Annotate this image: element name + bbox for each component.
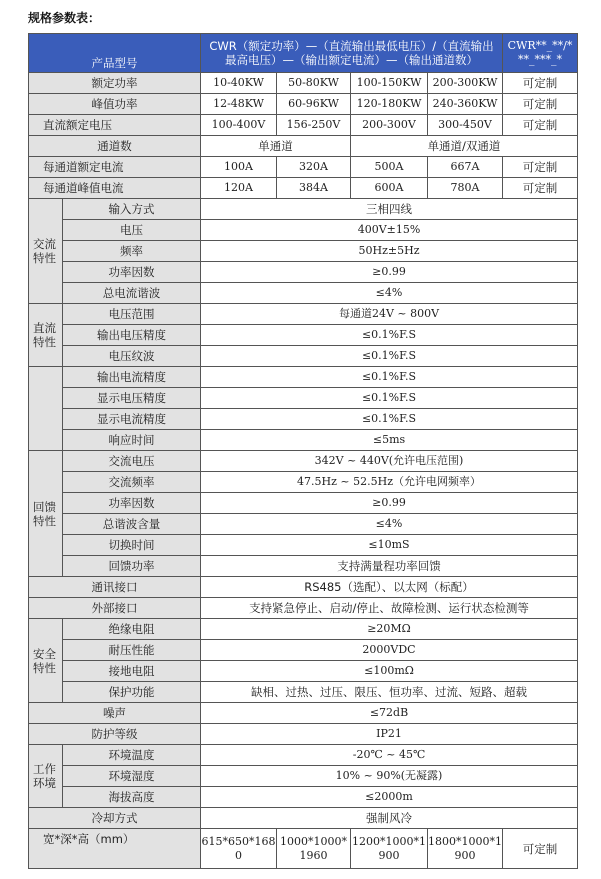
cell: 100A [201,157,277,178]
row-label: 总谐波含量 [63,514,201,535]
cell: 200-300V [351,115,428,136]
row-label: 外部接口 [29,598,201,619]
table-row: 直流额定电压 100-400V 156-250V 200-300V 300-45… [29,115,578,136]
custom-cell: 可定制 [503,178,578,199]
table-row: 外部接口 支持紧急停止、启动/停止、故障检测、运行状态检测等 [29,598,578,619]
header-row: 产品型号 CWR（额定功率）—（直流输出最低电压）/（直流输出最高电压）—（输出… [29,34,578,73]
cell: ≤72dB [201,703,578,724]
row-label: 回馈功率 [63,556,201,577]
table-row: 回馈特性 交流电压 342V ~ 440V(允许电压范围) [29,451,578,472]
table-row: 功率因数≥0.99 [29,262,578,283]
table-row: 回馈功率支持满量程功率回馈 [29,556,578,577]
table-row: 输出电压精度≤0.1%F.S [29,325,578,346]
table-row: 响应时间≤5ms [29,430,578,451]
table-row: 交流特性 输入方式 三相四线 [29,199,578,220]
group-label-safety: 安全特性 [29,619,63,703]
row-label: 每通道峰值电流 [29,178,201,199]
table-row: 防护等级 IP21 [29,724,578,745]
cell: 100-400V [201,115,277,136]
cell: ≤4% [201,283,578,304]
row-label: 环境湿度 [63,766,201,787]
cell: 240-360KW [428,94,503,115]
table-row: 切换时间≤10mS [29,535,578,556]
row-label: 总电流谐波 [63,283,201,304]
cell: ≥20MΩ [201,619,578,640]
cell: ≤4% [201,514,578,535]
row-label: 防护等级 [29,724,201,745]
cell: 支持紧急停止、启动/停止、故障检测、运行状态检测等 [201,598,578,619]
table-row: 总谐波含量≤4% [29,514,578,535]
cell: 50Hz±5Hz [201,241,578,262]
table-row: 显示电压精度≤0.1%F.S [29,388,578,409]
cell: 120-180KW [351,94,428,115]
cell: 10% ~ 90%(无凝露) [201,766,578,787]
row-label: 额定功率 [29,73,201,94]
custom-cell: 可定制 [503,115,578,136]
cell: 320A [277,157,351,178]
row-label: 宽*深*高（mm） [29,829,201,869]
group-label-dc: 直流特性 [29,304,63,367]
cell: 强制风冷 [201,808,578,829]
row-label: 耐压性能 [63,640,201,661]
row-label: 海拔高度 [63,787,201,808]
row-label: 响应时间 [63,430,201,451]
row-label: 绝缘电阻 [63,619,201,640]
cell: ≤2000m [201,787,578,808]
custom-code-header: CWR**_**/***_***_* [503,34,578,73]
cell: 384A [277,178,351,199]
table-row: 输出电流精度 ≤0.1%F.S [29,367,578,388]
table-row: 宽*深*高（mm） 615*650*1680 1000*1000*1960 12… [29,829,578,869]
cell: ≤0.1%F.S [201,367,578,388]
row-label: 频率 [63,241,201,262]
row-label: 输入方式 [63,199,201,220]
row-label: 电压范围 [63,304,201,325]
cell: 每通道24V ~ 800V [201,304,578,325]
cell: 667A [428,157,503,178]
row-label: 冷却方式 [29,808,201,829]
cell: 1800*1000*1900 [428,829,503,869]
table-row: 噪声 ≤72dB [29,703,578,724]
row-label: 交流频率 [63,472,201,493]
row-label: 功率因数 [63,262,201,283]
cell: ≤0.1%F.S [201,325,578,346]
row-label: 通道数 [29,136,201,157]
table-row: 显示电流精度≤0.1%F.S [29,409,578,430]
row-label: 输出电压精度 [63,325,201,346]
row-label: 峰值功率 [29,94,201,115]
table-row: 通道数 单通道 单通道/双通道 [29,136,578,157]
table-row: 环境湿度10% ~ 90%(无凝露) [29,766,578,787]
table-row: 额定功率 10-40KW 50-80KW 100-150KW 200-300KW… [29,73,578,94]
group-label-feedback: 回馈特性 [29,451,63,577]
table-row: 海拔高度≤2000m [29,787,578,808]
page-title: 规格参数表： [28,9,100,26]
cell: 单通道 [201,136,351,157]
cell: 单通道/双通道 [351,136,578,157]
cell: -20℃ ~ 45℃ [201,745,578,766]
cell: 支持满量程功率回馈 [201,556,578,577]
cell: 50-80KW [277,73,351,94]
cell: ≤0.1%F.S [201,388,578,409]
row-label: 交流电压 [63,451,201,472]
row-label: 电压 [63,220,201,241]
cell: 1000*1000*1960 [277,829,351,869]
table-row: 频率50Hz±5Hz [29,241,578,262]
custom-cell: 可定制 [503,73,578,94]
table-row: 接地电阻≤100mΩ [29,661,578,682]
cell: ≤5ms [201,430,578,451]
cell: 300-450V [428,115,503,136]
table-row: 安全特性 绝缘电阻 ≥20MΩ [29,619,578,640]
custom-cell: 可定制 [503,94,578,115]
cell: 400V±15% [201,220,578,241]
cell: 12-48KW [201,94,277,115]
cell: 156-250V [277,115,351,136]
cell: 缺相、过热、过压、限压、恒功率、过流、短路、超载 [201,682,578,703]
cell: 1200*1000*1900 [351,829,428,869]
cell: 780A [428,178,503,199]
row-label: 接地电阻 [63,661,201,682]
table-row: 峰值功率 12-48KW 60-96KW 120-180KW 240-360KW… [29,94,578,115]
cell: 60-96KW [277,94,351,115]
group-label-ac: 交流特性 [29,199,63,304]
table-row: 电压400V±15% [29,220,578,241]
table-row: 直流特性 电压范围 每通道24V ~ 800V [29,304,578,325]
cell: ≤0.1%F.S [201,409,578,430]
row-label: 输出电流精度 [63,367,201,388]
table-row: 通讯接口 RS485（选配）、以太网（标配） [29,577,578,598]
cell: 615*650*1680 [201,829,277,869]
cell: 200-300KW [428,73,503,94]
cell: 500A [351,157,428,178]
table-row: 冷却方式 强制风冷 [29,808,578,829]
cell: ≤0.1%F.S [201,346,578,367]
row-label: 直流额定电压 [29,115,201,136]
row-label: 每通道额定电流 [29,157,201,178]
cell: 47.5Hz ~ 52.5Hz（允许电网频率） [201,472,578,493]
naming-header: CWR（额定功率）—（直流输出最低电压）/（直流输出最高电压）—（输出额定电流）… [201,34,503,73]
cell: 120A [201,178,277,199]
table-row: 功率因数≥0.99 [29,493,578,514]
cell: 三相四线 [201,199,578,220]
cell: 600A [351,178,428,199]
table-row: 每通道峰值电流 120A 384A 600A 780A 可定制 [29,178,578,199]
table-row: 工作环境 环境温度 -20℃ ~ 45℃ [29,745,578,766]
table-row: 每通道额定电流 100A 320A 500A 667A 可定制 [29,157,578,178]
cell: ≥0.99 [201,262,578,283]
table-row: 交流频率47.5Hz ~ 52.5Hz（允许电网频率） [29,472,578,493]
cell: 100-150KW [351,73,428,94]
cell: ≤100mΩ [201,661,578,682]
row-label: 电压纹波 [63,346,201,367]
table-row: 电压纹波≤0.1%F.S [29,346,578,367]
table-row: 保护功能缺相、过热、过压、限压、恒功率、过流、短路、超载 [29,682,578,703]
table-row: 总电流谐波≤4% [29,283,578,304]
cell: 10-40KW [201,73,277,94]
row-label: 显示电压精度 [63,388,201,409]
row-label: 显示电流精度 [63,409,201,430]
spec-table: 产品型号 CWR（额定功率）—（直流输出最低电压）/（直流输出最高电压）—（输出… [28,33,578,869]
row-label: 环境温度 [63,745,201,766]
custom-cell: 可定制 [503,829,578,869]
row-label: 保护功能 [63,682,201,703]
row-label: 切换时间 [63,535,201,556]
cell: IP21 [201,724,578,745]
row-label: 功率因数 [63,493,201,514]
cell: 342V ~ 440V(允许电压范围) [201,451,578,472]
group-label-environment: 工作环境 [29,745,63,808]
cell: ≤10mS [201,535,578,556]
model-header: 产品型号 [29,34,201,73]
cell: 2000VDC [201,640,578,661]
table-row: 耐压性能2000VDC [29,640,578,661]
group-label-accuracy [29,367,63,451]
cell: RS485（选配）、以太网（标配） [201,577,578,598]
row-label: 通讯接口 [29,577,201,598]
row-label: 噪声 [29,703,201,724]
cell: ≥0.99 [201,493,578,514]
custom-cell: 可定制 [503,157,578,178]
